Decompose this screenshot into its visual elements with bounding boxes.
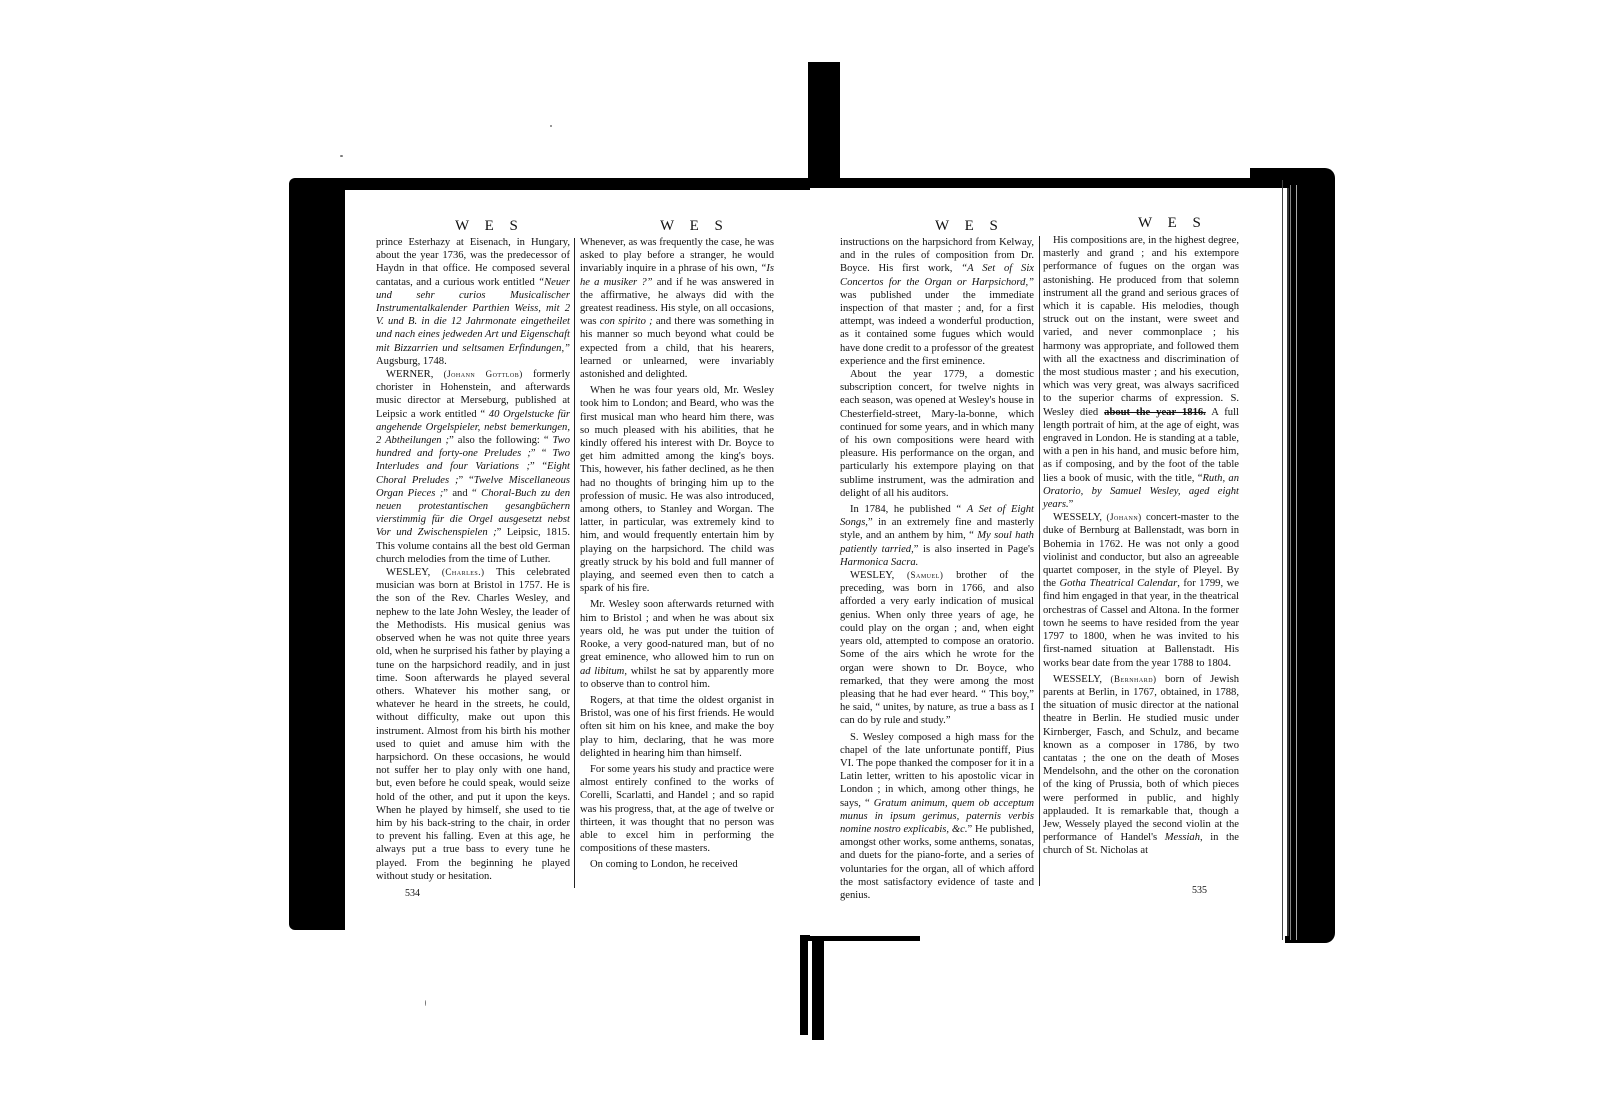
paragraph: For some years his study and practice we… [580,763,774,855]
scan-speck [550,125,552,127]
entry-wesley-samuel: WESLEY, (Samuel) brother of the precedin… [840,569,1034,727]
left-cover-top-edge [300,178,808,190]
column-divider [574,238,575,888]
right-cover [1285,168,1335,943]
text-column-4: His compositions are, in the highest deg… [1043,234,1239,858]
paragraph: Rogers, at that time the oldest organist… [580,694,774,760]
entry-wessely-bernhard: WESSELY, (Bernhard) born of Jewish paren… [1043,673,1239,858]
left-cover [289,178,347,930]
column-divider [1039,236,1040,886]
paragraph: In 1784, he published “ A Set of Eight S… [840,503,1034,569]
text-column-1: prince Esterhazy at Eisenach, in Hungary… [376,236,570,883]
paragraph: About the year 1779, a domestic subscrip… [840,368,1034,500]
entry-name: WESLEY, [386,567,430,578]
scan-speck [425,1000,426,1006]
running-header: W E S [455,218,524,235]
spine-bottom-tab-right [812,935,824,1040]
running-header: W E S [660,218,729,235]
page-edge-lines [1290,185,1291,940]
paragraph: On coming to London, he received [580,858,774,871]
scan-speck [340,155,343,157]
struck-text: about the year 1816. [1104,407,1206,418]
entry-name: WESLEY, [850,570,894,581]
paragraph: Mr. Wesley soon afterwards returned with… [580,598,774,690]
entry-wesley-charles: WESLEY, (Charles.) This celebrated music… [376,566,570,883]
entry-name: WESSELY, [1053,512,1102,523]
page-edge-lines [1282,180,1283,940]
page-number: 534 [405,888,420,899]
page-edge-lines [1296,185,1297,940]
entry-name: WESSELY, [1053,674,1102,685]
paragraph: His compositions are, in the highest deg… [1043,234,1239,511]
spine-bottom-tab-left [800,935,808,1035]
page-number: 535 [1192,885,1207,896]
text-column-3: instructions on the harpsichord from Kel… [840,236,1034,902]
paragraph: S. Wesley composed a high mass for the c… [840,731,1034,903]
paragraph: Whenever, as was frequently the case, he… [580,236,774,381]
text-column-2: Whenever, as was frequently the case, he… [580,236,774,872]
entry-werner: WERNER, (Johann Gottlob) formerly choris… [376,368,570,566]
paragraph: When he was four years old, Mr. Wesley t… [580,384,774,595]
running-header: W E S [935,218,1004,235]
spine-top-tab [808,62,840,192]
entry-wessely-johann: WESSELY, (Johann) concert-master to the … [1043,511,1239,669]
paragraph: prince Esterhazy at Eisenach, in Hungary… [376,236,570,368]
entry-name: WERNER, [386,369,433,380]
paragraph: instructions on the harpsichord from Kel… [840,236,1034,368]
running-header: W E S [1138,215,1207,232]
